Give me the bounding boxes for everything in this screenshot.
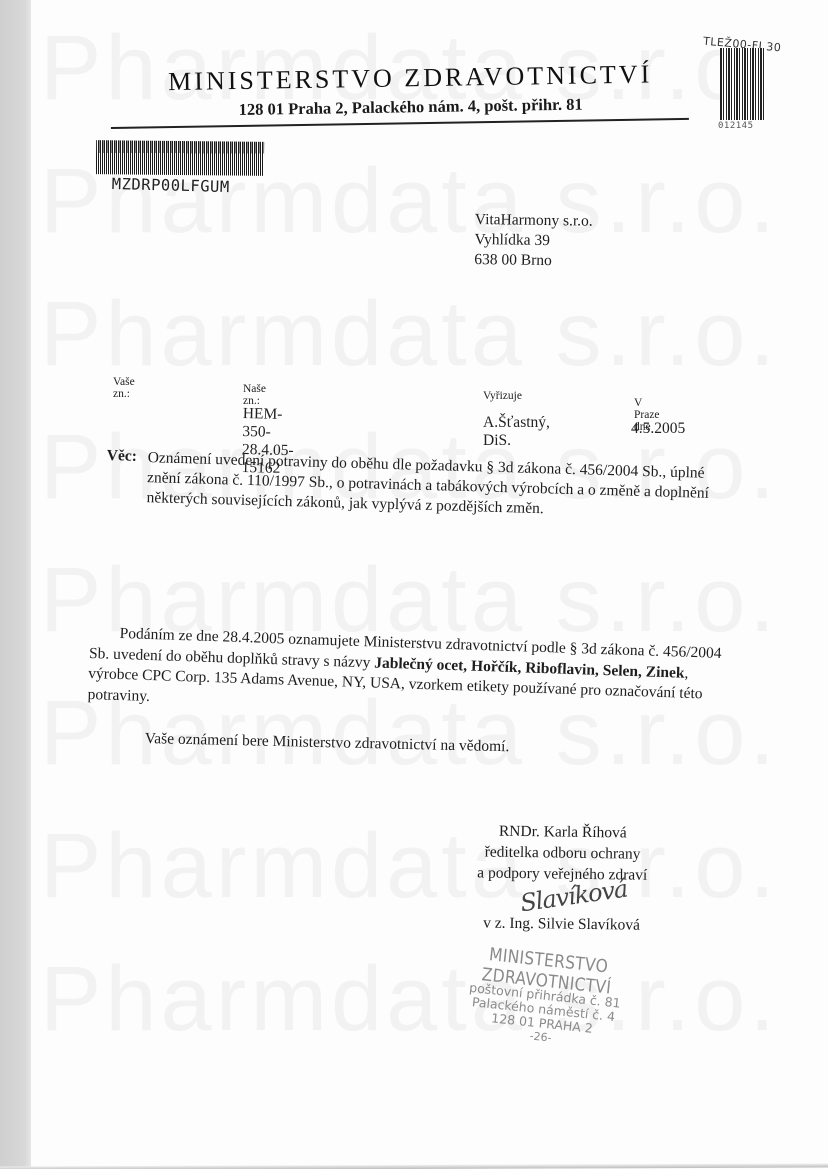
acknowledgement: Vaše oznámení bere Ministerstvo zdravotn… (145, 730, 510, 756)
ministry-name: MINISTERSTVO ZDRAVOTNICTVÍ (130, 59, 690, 98)
subject-label: Věc: (106, 447, 137, 466)
barcode-number: 012145 (718, 121, 754, 131)
your-ref-label: Vaše zn.: (113, 376, 135, 400)
recipient-company: VitaHarmony s.r.o. (475, 210, 593, 232)
subject-text: Oznámení uvedení potraviny do oběhu dle … (146, 448, 732, 524)
letterhead: MINISTERSTVO ZDRAVOTNICTVÍ 128 01 Praha … (110, 59, 691, 129)
signed-on-behalf: v z. Ing. Silvie Slavíková (446, 912, 676, 936)
recipient-street: Vyhlídka 39 (474, 230, 592, 252)
ministry-address: 128 01 Praha 2, Palackého nám. 4, pošt. … (131, 93, 691, 122)
body-paragraph: Podáním ze dne 28.4.2005 oznamujete Mini… (87, 623, 735, 726)
recipient-city: 638 00 Brno (474, 250, 592, 272)
scan-left-edge (0, 0, 31, 1169)
signature-block: RNDr. Karla Říhová ředitelka odboru ochr… (446, 820, 678, 936)
watermark-text: Pharmdata s.r.o. (40, 953, 779, 1045)
scan-bottom-edge (0, 1164, 828, 1169)
watermark-text: Pharmdata s.r.o. (40, 288, 779, 380)
barcode-icon (720, 48, 766, 120)
recipient-address: VitaHarmony s.r.o. Vyhlídka 39 638 00 Br… (474, 210, 593, 272)
date-value: 4.5.2005 (631, 420, 685, 438)
document-barcode-icon (96, 140, 264, 176)
subject: Věc: Oznámení uvedení potraviny do oběhu… (107, 447, 727, 464)
our-ref-label: Naše zn.: (243, 383, 266, 407)
handled-by-label: Vyřizuje (483, 390, 522, 402)
official-stamp: MINISTERSTVO ZDRAVOTNICTVÍ poštovní přih… (435, 942, 653, 1054)
document-barcode-id: MZDRP00LFGUM (112, 175, 230, 196)
handled-by-value: A.Šťastný, DiS. (483, 414, 550, 450)
